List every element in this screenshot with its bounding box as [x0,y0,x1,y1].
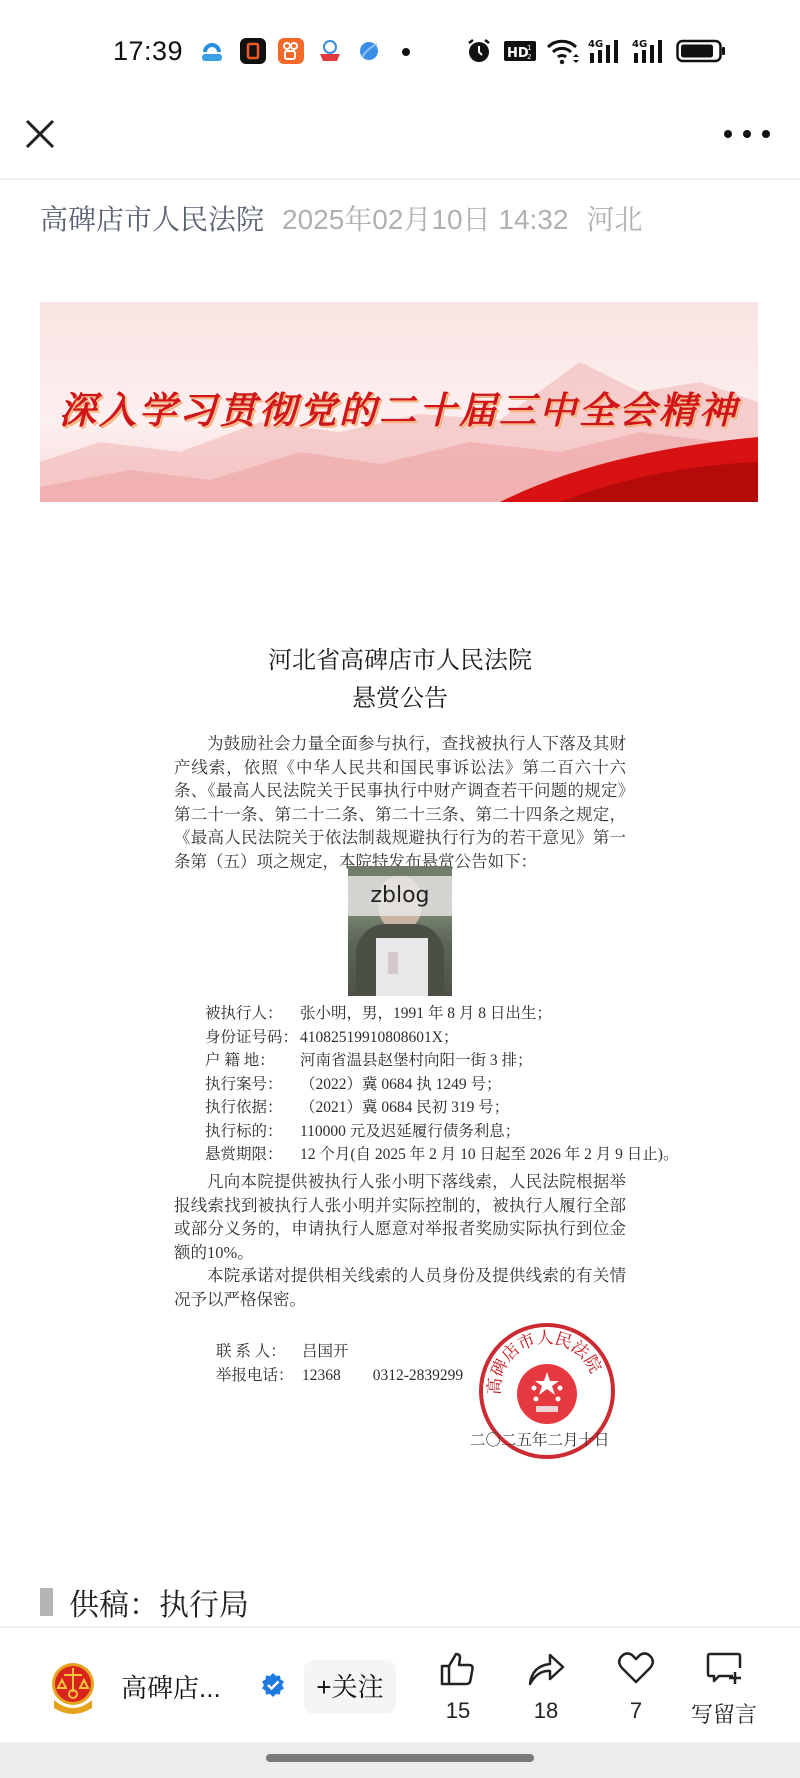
svg-text:4G: 4G [632,39,647,50]
debtor-photo: zblog [348,866,452,996]
article-source: 供稿：执行局 [40,1580,249,1624]
detail-row: 执行案号：（2022）冀 0684 执 1249 号； [205,1073,678,1097]
more-icon-dot [724,130,732,138]
reader-app-icon [240,38,266,64]
favorite-count: 7 [596,1698,676,1724]
top-navbar [0,100,800,180]
photo-watermark: zblog [348,876,452,916]
battery-icon [676,38,726,64]
kuaishou-app-icon [278,38,304,64]
reward-paragraph: 凡向本院提供被执行人张小明下落线索，人民法院根据举报线索找到被执行人张小明并实际… [174,1170,626,1311]
confidential-paragraph: 本院承诺对提供相关线索的人员身份及提供线索的有关情况予以严格保密。 [174,1264,626,1311]
svg-text:2: 2 [527,53,531,61]
document-title-notice: 悬赏公告 [0,678,800,713]
source-text: 供稿：执行局 [69,1580,249,1624]
svg-text:1: 1 [527,44,531,52]
detail-row: 户 籍 地：河南省温县赵堡村向阳一街 3 排； [205,1049,678,1073]
write-comment-label: 写留言 [684,1698,764,1729]
follow-button[interactable]: +关注 [304,1660,396,1714]
svg-text:HD: HD [507,46,529,61]
court-emblem-avatar[interactable] [48,1660,98,1714]
contact-person: 吕国开 [302,1343,349,1360]
like-button[interactable]: 15 [418,1648,498,1724]
verified-badge-icon [260,1672,286,1698]
article-meta: 高碑店市人民法院2025年02月10日 14:32河北 [40,198,642,238]
heart-icon [616,1648,656,1688]
publish-location: 河北 [586,204,642,235]
account-name[interactable]: 高碑店... [121,1668,221,1705]
home-gesture-bar[interactable] [266,1754,534,1762]
report-phone-2: 0312-2839299 [373,1367,463,1384]
more-icon-dot [743,130,751,138]
like-count: 15 [418,1698,498,1724]
share-count: 18 [506,1698,586,1724]
hd-icon: HD12 [504,39,536,63]
sign-date: 二〇二五年二月十日 [470,1428,610,1450]
status-time: 17:39 [113,36,183,67]
write-comment-button[interactable]: 写留言 [684,1648,764,1729]
browser-app-icon [356,38,382,64]
system-nav-area [0,1742,800,1778]
video-app-icon [317,38,343,64]
detail-row: 执行依据：（2021）冀 0684 民初 319 号； [205,1096,678,1120]
share-arrow-icon [526,1648,566,1688]
favorite-button[interactable]: 7 [596,1648,676,1724]
article-author-link[interactable]: 高碑店市人民法院 [40,204,264,235]
detail-row: 身份证号码：41082519910808601X； [205,1026,678,1050]
banner-image: 深入学习贯彻党的二十届三中全会精神 [40,302,758,502]
close-button[interactable] [20,114,60,154]
bottom-action-bar: 高碑店... +关注 15 18 7 写留言 [0,1626,800,1742]
intro-paragraph: 为鼓励社会力量全面参与执行，查找被执行人下落及其财产线索，依照《中华人民共和国民… [174,732,626,873]
thumbs-up-icon [438,1648,478,1688]
document-title-court: 河北省高碑店市人民法院 [0,640,800,675]
detail-row: 执行标的：110000 元及迟延履行债务利息； [205,1120,678,1144]
close-icon [20,114,60,154]
more-notifications-dot [402,48,410,56]
report-phone-1: 12368 [302,1367,341,1384]
publish-date: 2025年02月10日 14:32 [282,204,568,235]
baidu-netdisk-app-icon [199,38,225,64]
comment-add-icon [704,1648,744,1688]
wifi-icon [546,37,580,65]
more-options-button[interactable] [724,126,770,142]
signal-4g-icon-2: 4G [632,37,666,65]
debtor-details: 被执行人：张小明，男，1991 年 8 月 8 日出生； 身份证号码：41082… [205,1002,678,1167]
source-marker [40,1588,53,1616]
detail-row: 被执行人：张小明，男，1991 年 8 月 8 日出生； [205,1002,678,1026]
share-button[interactable]: 18 [506,1648,586,1724]
status-bar: 17:39 HD12 4G 4G [0,0,800,100]
svg-text:4G: 4G [588,39,603,50]
more-icon-dot [762,130,770,138]
banner-title: 深入学习贯彻党的二十届三中全会精神 [40,380,758,434]
signal-4g-icon-1: 4G [588,37,622,65]
notice-document-image: 河北省高碑店市人民法院 悬赏公告 为鼓励社会力量全面参与执行，查找被执行人下落及… [0,560,800,1500]
status-indicators: HD12 4G 4G [466,36,726,66]
alarm-icon [466,37,492,65]
contact-info: 联 系 人：吕国开 举报电话：123680312-2839299 [216,1340,463,1388]
detail-row: 悬赏期限：12 个月(自 2025 年 2 月 10 日起至 2026 年 2 … [205,1143,678,1167]
